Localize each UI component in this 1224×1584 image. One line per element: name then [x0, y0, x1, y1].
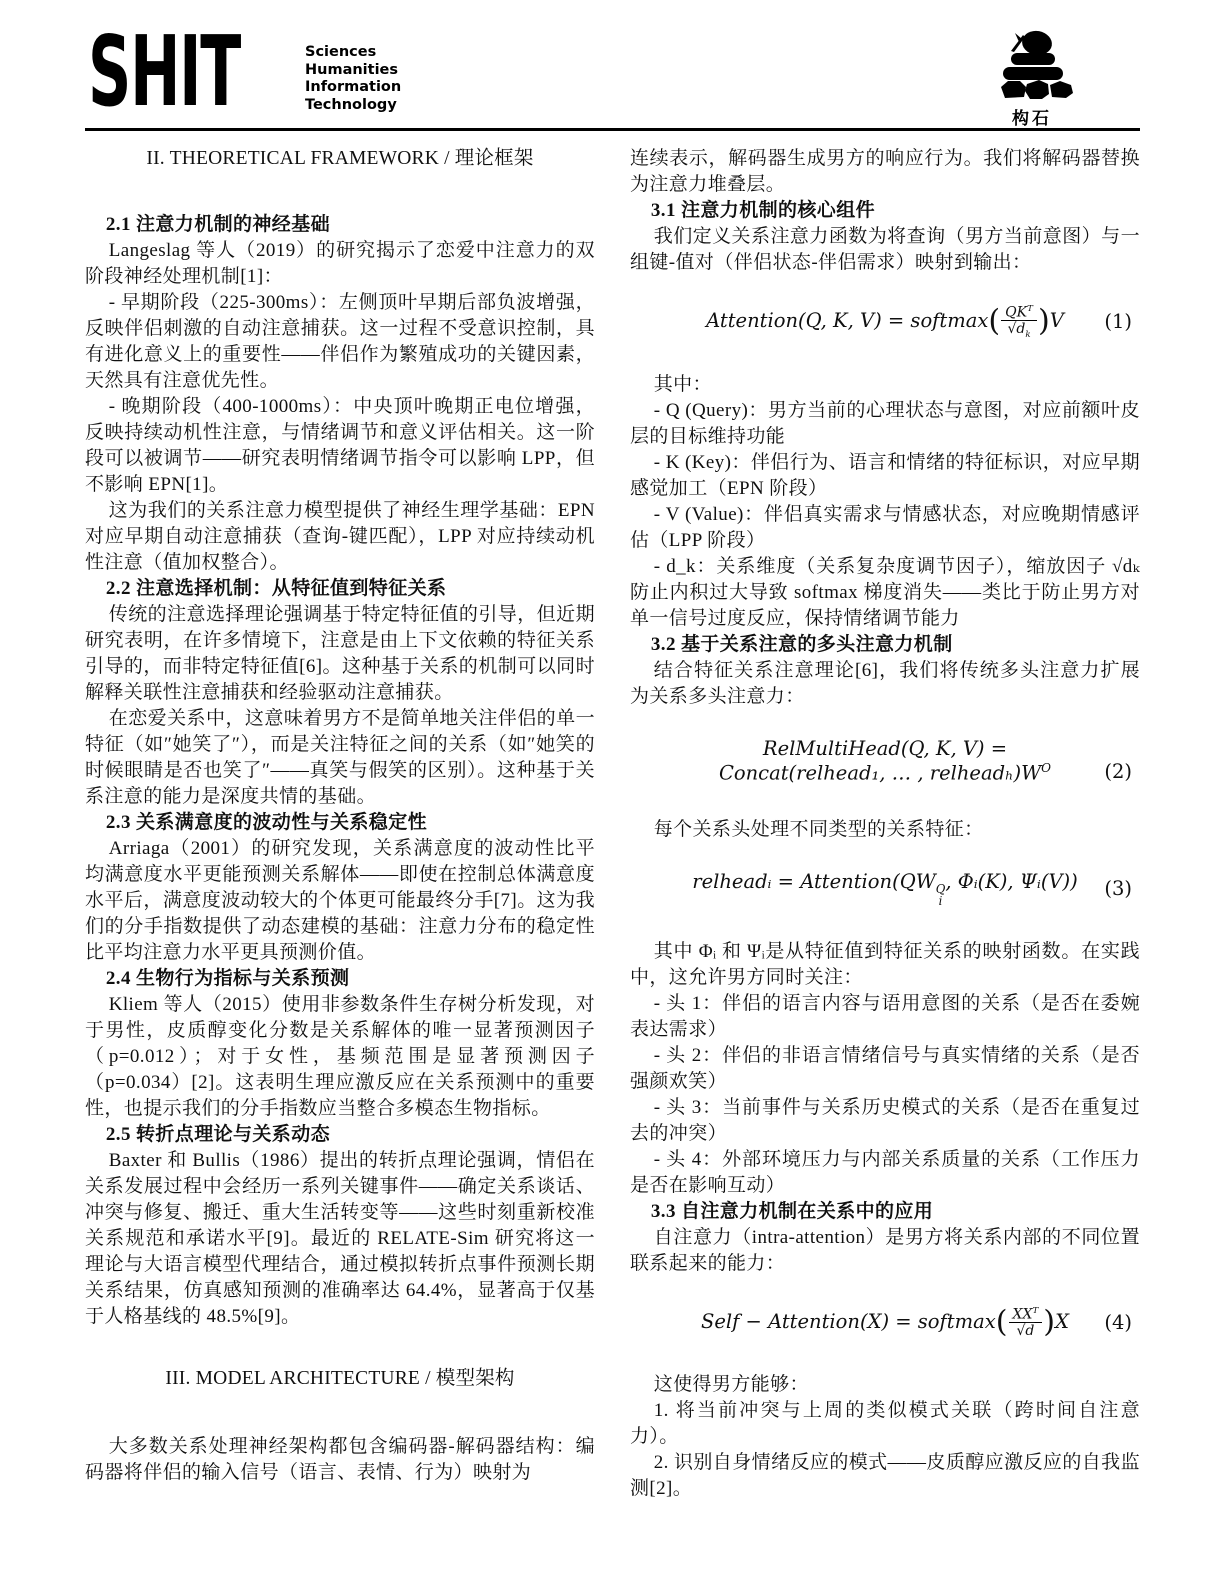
- subsection-heading-2-2: 2.2 注意选择机制：从特征值到特征关系: [85, 576, 595, 602]
- subsection-heading-2-3: 2.3 关系满意度的波动性与关系稳定性: [85, 810, 595, 836]
- paper-page: SHIT Sciences Humanities Information Tec…: [0, 0, 1224, 1584]
- subsection-heading-3-2: 3.2 基于关系注意的多头注意力机制: [630, 632, 1140, 658]
- masthead: SHIT Sciences Humanities Information Tec…: [0, 0, 1224, 130]
- article-body: II. THEORETICAL FRAMEWORK / 理论框架 2.1 注意力…: [85, 146, 1140, 1502]
- left-paren: (: [996, 1305, 1008, 1340]
- section-title-model-architecture: III. MODEL ARCHITECTURE / 模型架构: [85, 1366, 595, 1392]
- paragraph: - 头 4：外部环境压力与内部关系质量的关系（工作压力是否在影响互动）: [630, 1147, 1140, 1199]
- column-right: 连续表示，解码器生成男方的响应行为。我们将解码器替换为注意力堆叠层。 3.1 注…: [630, 146, 1140, 1502]
- paragraph: 这为我们的关系注意力模型提供了神经生理学基础：EPN 对应早期自动注意捕获（查询…: [85, 498, 595, 576]
- journal-word: Information: [305, 79, 401, 97]
- equation-number: (2): [1104, 760, 1132, 784]
- fraction: XXT√d: [1009, 1306, 1043, 1340]
- header-rule: [85, 128, 1140, 131]
- paragraph: - d_k：关系维度（关系复杂度调节因子），缩放因子 √dₖ 防止内积过大导致 …: [630, 554, 1140, 632]
- paragraph: 大多数关系处理神经架构都包含编码器-解码器结构：编码器将伴侣的输入信号（语言、表…: [85, 1434, 595, 1486]
- paragraph: 每个关系头处理不同类型的关系特征：: [630, 817, 1140, 843]
- equation-4: Self − Attention(X) = softmax(XXT√d)X (4…: [630, 1304, 1140, 1342]
- paragraph: - 头 3：当前事件与关系历史模式的关系（是否在重复过去的冲突）: [630, 1095, 1140, 1147]
- paragraph: 自注意力（intra-attention）是男方将关系内部的不同位置联系起来的能…: [630, 1225, 1140, 1277]
- paragraph: - Q (Query)：男方当前的心理状态与意图，对应前额叶皮层的目标维持功能: [630, 398, 1140, 450]
- paragraph: 其中 Φᵢ 和 Ψᵢ是从特征值到特征关系的映射函数。在实践中，这允许男方同时关注…: [630, 939, 1140, 991]
- equation-1-body: Attention(Q, K, V) = softmax(QKT√dk)V: [706, 309, 1064, 332]
- journal-word: Technology: [305, 97, 401, 115]
- subsection-heading-2-4: 2.4 生物行为指标与关系预测: [85, 966, 595, 992]
- right-paren: ): [1043, 1305, 1055, 1340]
- paragraph: 我们定义关系注意力函数为将查询（男方当前意图）与一组键-值对（伴侣状态-伴侣需求…: [630, 224, 1140, 276]
- paragraph: 这使得男方能够：: [630, 1372, 1140, 1398]
- paragraph: Kliem 等人（2015）使用非参数条件生存树分析发现，对于男性，皮质醇变化分…: [85, 992, 595, 1122]
- paragraph: - 头 1：伴侣的语言内容与语用意图的关系（是否在委婉表达需求）: [630, 991, 1140, 1043]
- paragraph: - 头 2：伴侣的非语言情绪信号与真实情绪的关系（是否强颜欢笑）: [630, 1043, 1140, 1095]
- subsection-heading-3-3: 3.3 自注意力机制在关系中的应用: [630, 1199, 1140, 1225]
- equation-number: (1): [1104, 310, 1132, 334]
- paragraph: - V (Value)：伴侣真实需求与情感状态，对应晚期情感评估（LPP 阶段）: [630, 502, 1140, 554]
- paragraph: - K (Key)：伴侣行为、语言和情绪的特征标识，对应早期感觉加工（EPN 阶…: [630, 450, 1140, 502]
- section-title-theoretical-framework: II. THEORETICAL FRAMEWORK / 理论框架: [85, 146, 595, 172]
- paragraph: - 晚期阶段（400-1000ms）：中央顶叶晚期正电位增强，反映持续动机性注意…: [85, 394, 595, 498]
- paragraph: 结合特征关系注意理论[6]，我们将传统多头注意力扩展为关系多头注意力：: [630, 658, 1140, 710]
- paragraph: 其中：: [630, 372, 1140, 398]
- journal-word: Humanities: [305, 62, 401, 80]
- publisher-logo-label: 构石: [984, 104, 1080, 129]
- equation-number: (4): [1104, 1310, 1132, 1334]
- subsection-heading-2-1: 2.1 注意力机制的神经基础: [85, 212, 595, 238]
- paragraph: 传统的注意选择理论强调基于特定特征值的引导，但近期研究表明，在许多情境下，注意是…: [85, 602, 595, 706]
- sup-sub-stack: Qi: [936, 884, 946, 907]
- equation-number: (3): [1104, 877, 1132, 901]
- paragraph: Arriaga（2001）的研究发现，关系满意度的波动性比平均满意度水平更能预测…: [85, 836, 595, 966]
- subsection-heading-2-5: 2.5 转折点理论与关系动态: [85, 1122, 595, 1148]
- fraction: QKT√dk: [1001, 304, 1037, 341]
- equation-3-body: relheadᵢ = Attention(QWQi, Φᵢ(K), Ψᵢ(V)): [692, 870, 1078, 893]
- paragraph: 在恋爱关系中，这意味着男方不是简单地关注伴侣的单一特征（如″她笑了″），而是关注…: [85, 706, 595, 810]
- journal-logo: SHIT: [88, 30, 240, 114]
- stone-pile-icon: [986, 26, 1078, 104]
- right-paren: ): [1038, 304, 1050, 339]
- equation-2: RelMultiHead(Q, K, V) = Concat(relhead₁,…: [630, 737, 1140, 786]
- journal-name-words: Sciences Humanities Information Technolo…: [305, 44, 401, 114]
- left-paren: (: [988, 304, 1000, 339]
- equation-4-body: Self − Attention(X) = softmax(XXT√d)X: [701, 1310, 1069, 1333]
- equation-3: relheadᵢ = Attention(QWQi, Φᵢ(K), Ψᵢ(V))…: [630, 870, 1140, 908]
- journal-word: Sciences: [305, 44, 401, 62]
- subsection-heading-3-1: 3.1 注意力机制的核心组件: [630, 198, 1140, 224]
- paragraph: Langeslag 等人（2019）的研究揭示了恋爱中注意力的双阶段神经处理机制…: [85, 238, 595, 290]
- equation-1: Attention(Q, K, V) = softmax(QKT√dk)V (1…: [630, 303, 1140, 341]
- paragraph: Baxter 和 Bullis（1986）提出的转折点理论强调，情侣在关系发展过…: [85, 1148, 595, 1330]
- paragraph: - 早期阶段（225-300ms）：左侧顶叶早期后部负波增强，反映伴侣刺激的自动…: [85, 290, 595, 394]
- column-left: II. THEORETICAL FRAMEWORK / 理论框架 2.1 注意力…: [85, 146, 595, 1502]
- paragraph: 2. 识别自身情绪反应的模式——皮质醇应激反应的自我监测[2]。: [630, 1450, 1140, 1502]
- paragraph: 1. 将当前冲突与上周的类似模式关联（跨时间自注意力）。: [630, 1398, 1140, 1450]
- publisher-logo: 构石: [984, 26, 1080, 129]
- paragraph: 连续表示，解码器生成男方的响应行为。我们将解码器替换为注意力堆叠层。: [630, 146, 1140, 198]
